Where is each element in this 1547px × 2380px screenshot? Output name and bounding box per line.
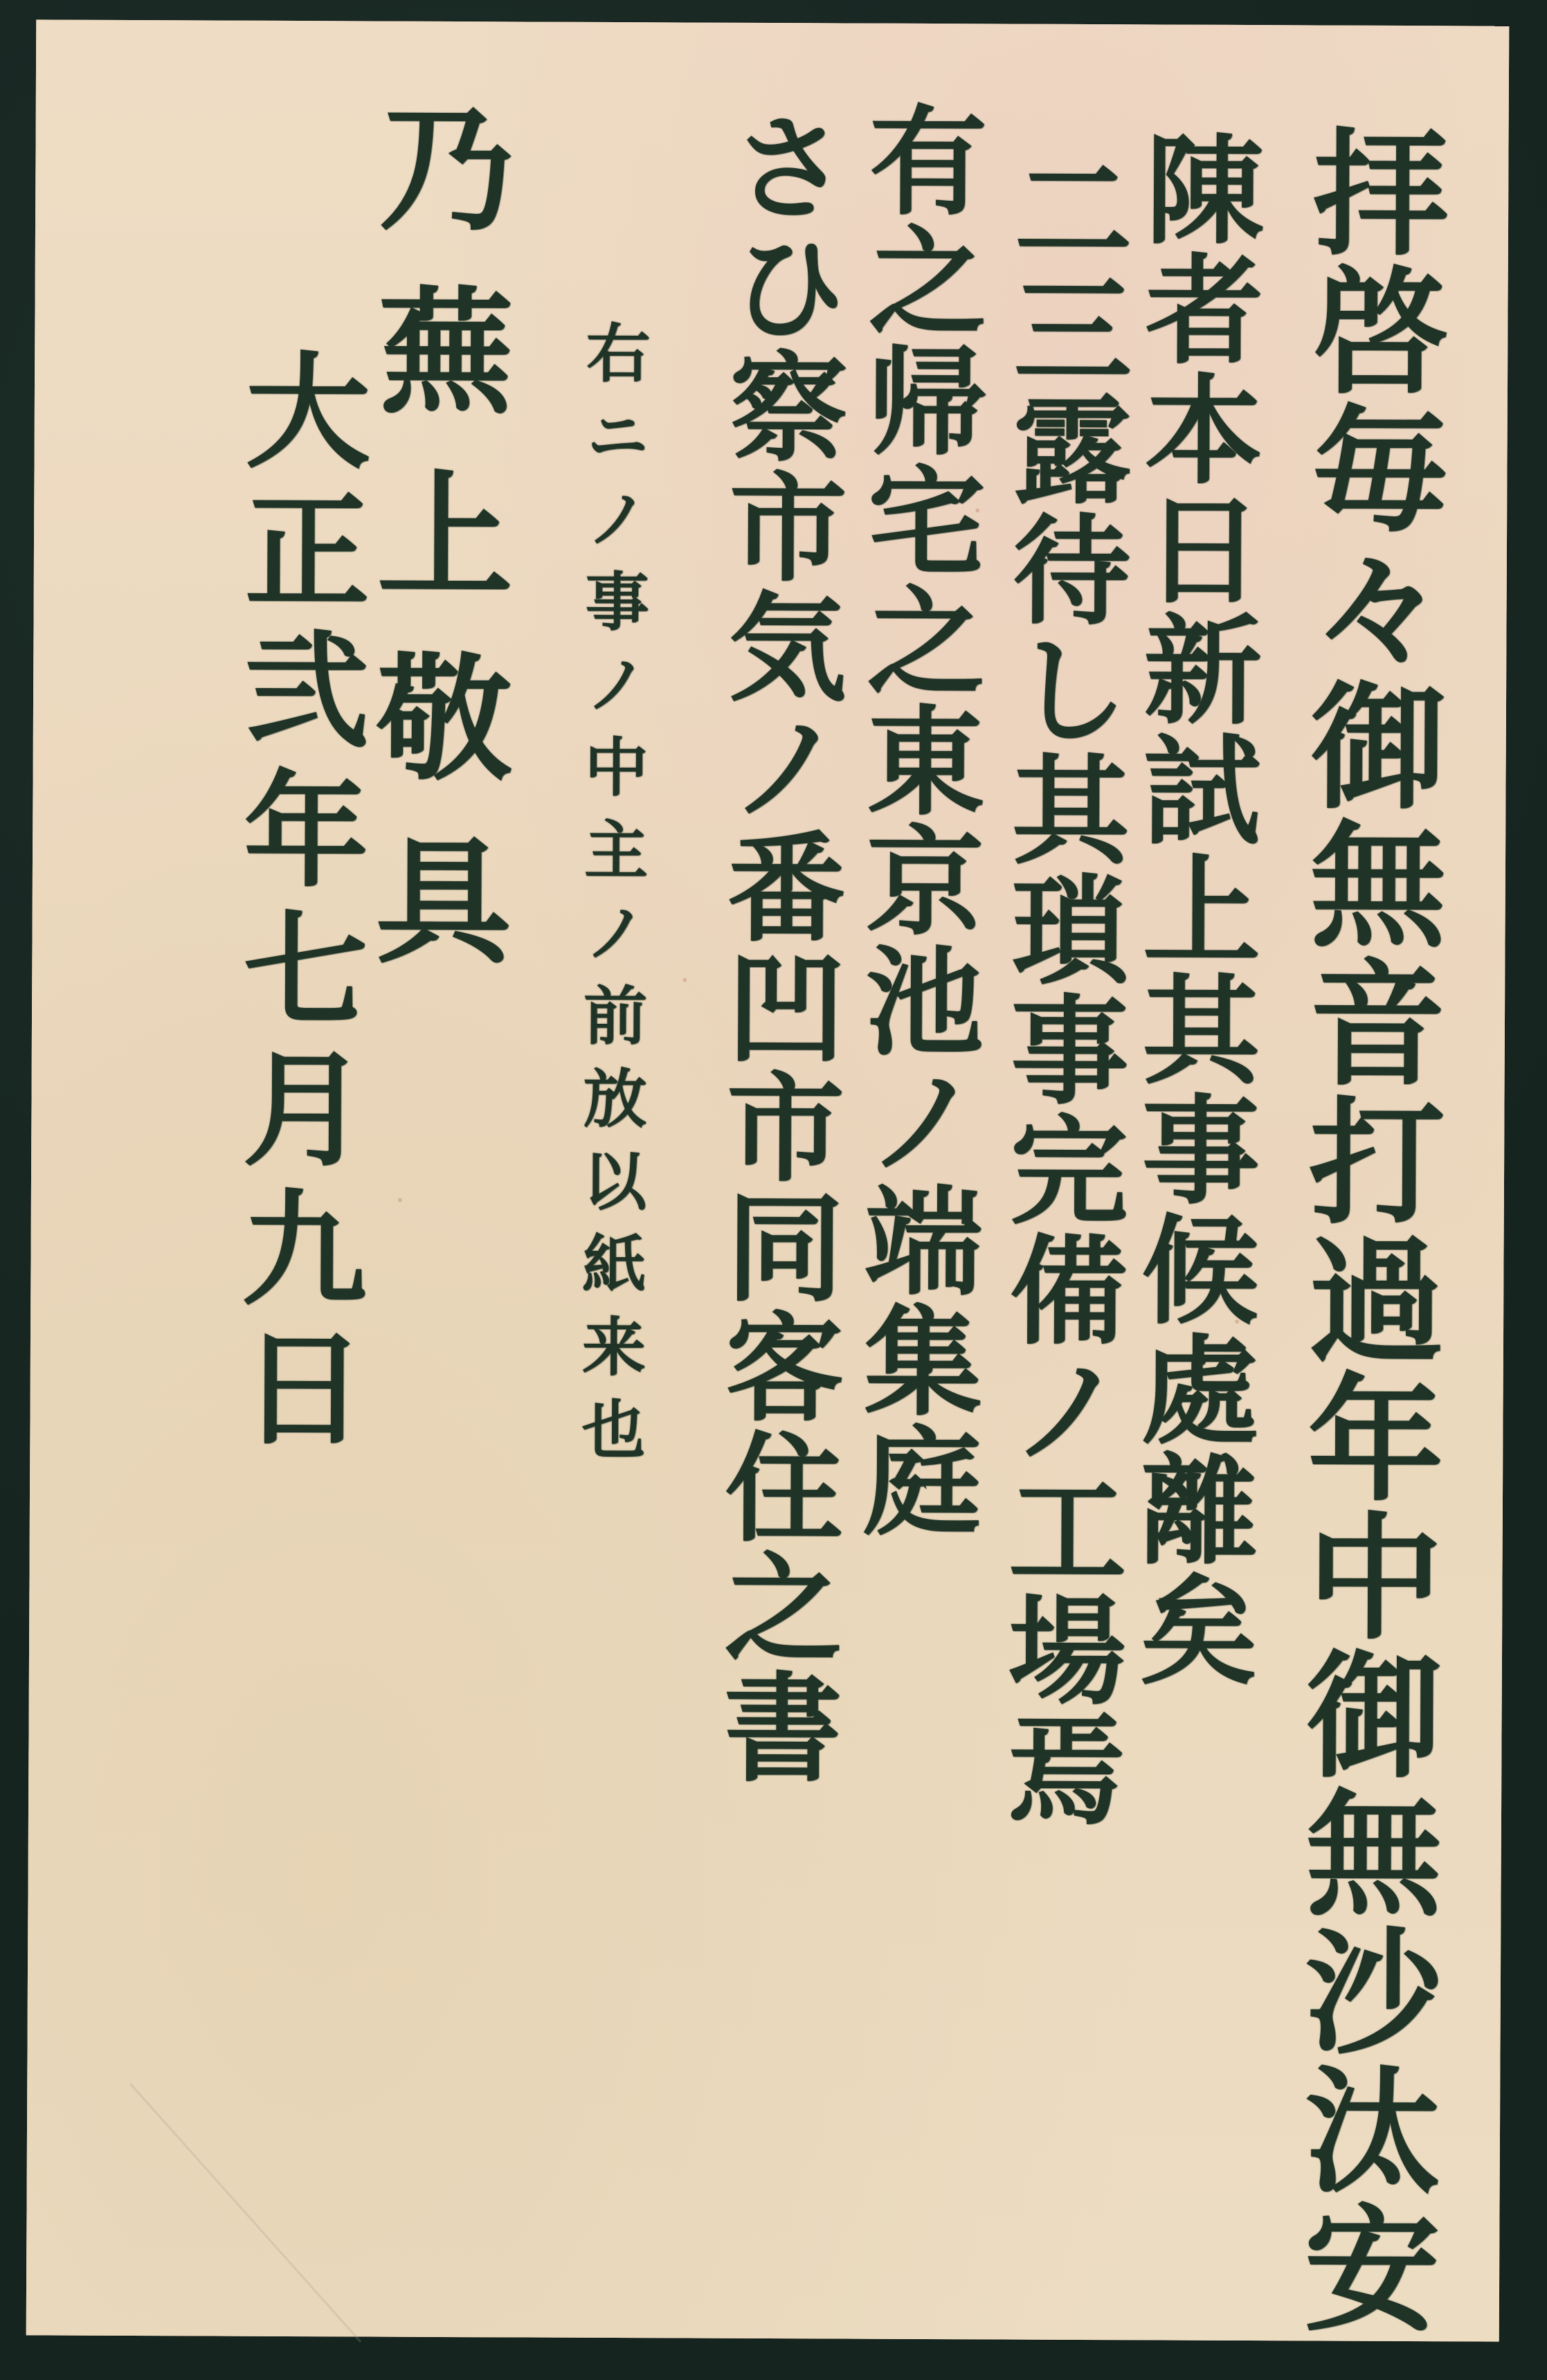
text-column-1: 拝啓毎々御無音打過年中御無沙汰安 [1293,122,1438,2337]
postcard: 拝啓毎々御無音打過年中御無沙汰安 陳者本日新試上其事候處離矣 二三露待し其瑣事完… [26,19,1510,2341]
text-column-4: 有之帰宅之東京池ノ端集庭 [853,100,977,1541]
text-column-6: 右ニノ事ノ中主ノ前放以紙来也 [577,320,645,1479]
paper-fleck [682,977,687,982]
paper-crease [129,2083,361,2343]
text-column-2: 陳者本日新試上其事候處離矣 [1130,128,1254,1689]
text-column-5: さひ察市気ノ番凹市同客住之書 [714,106,839,1787]
text-column-3: 二三露待し其瑣事完備ノ工場焉 [997,148,1123,1829]
paper-fleck [398,1198,402,1202]
date-column: 大正弐年七月九日 [230,346,360,1463]
text-column-7: 乃蕪上敬具 [364,97,504,1013]
